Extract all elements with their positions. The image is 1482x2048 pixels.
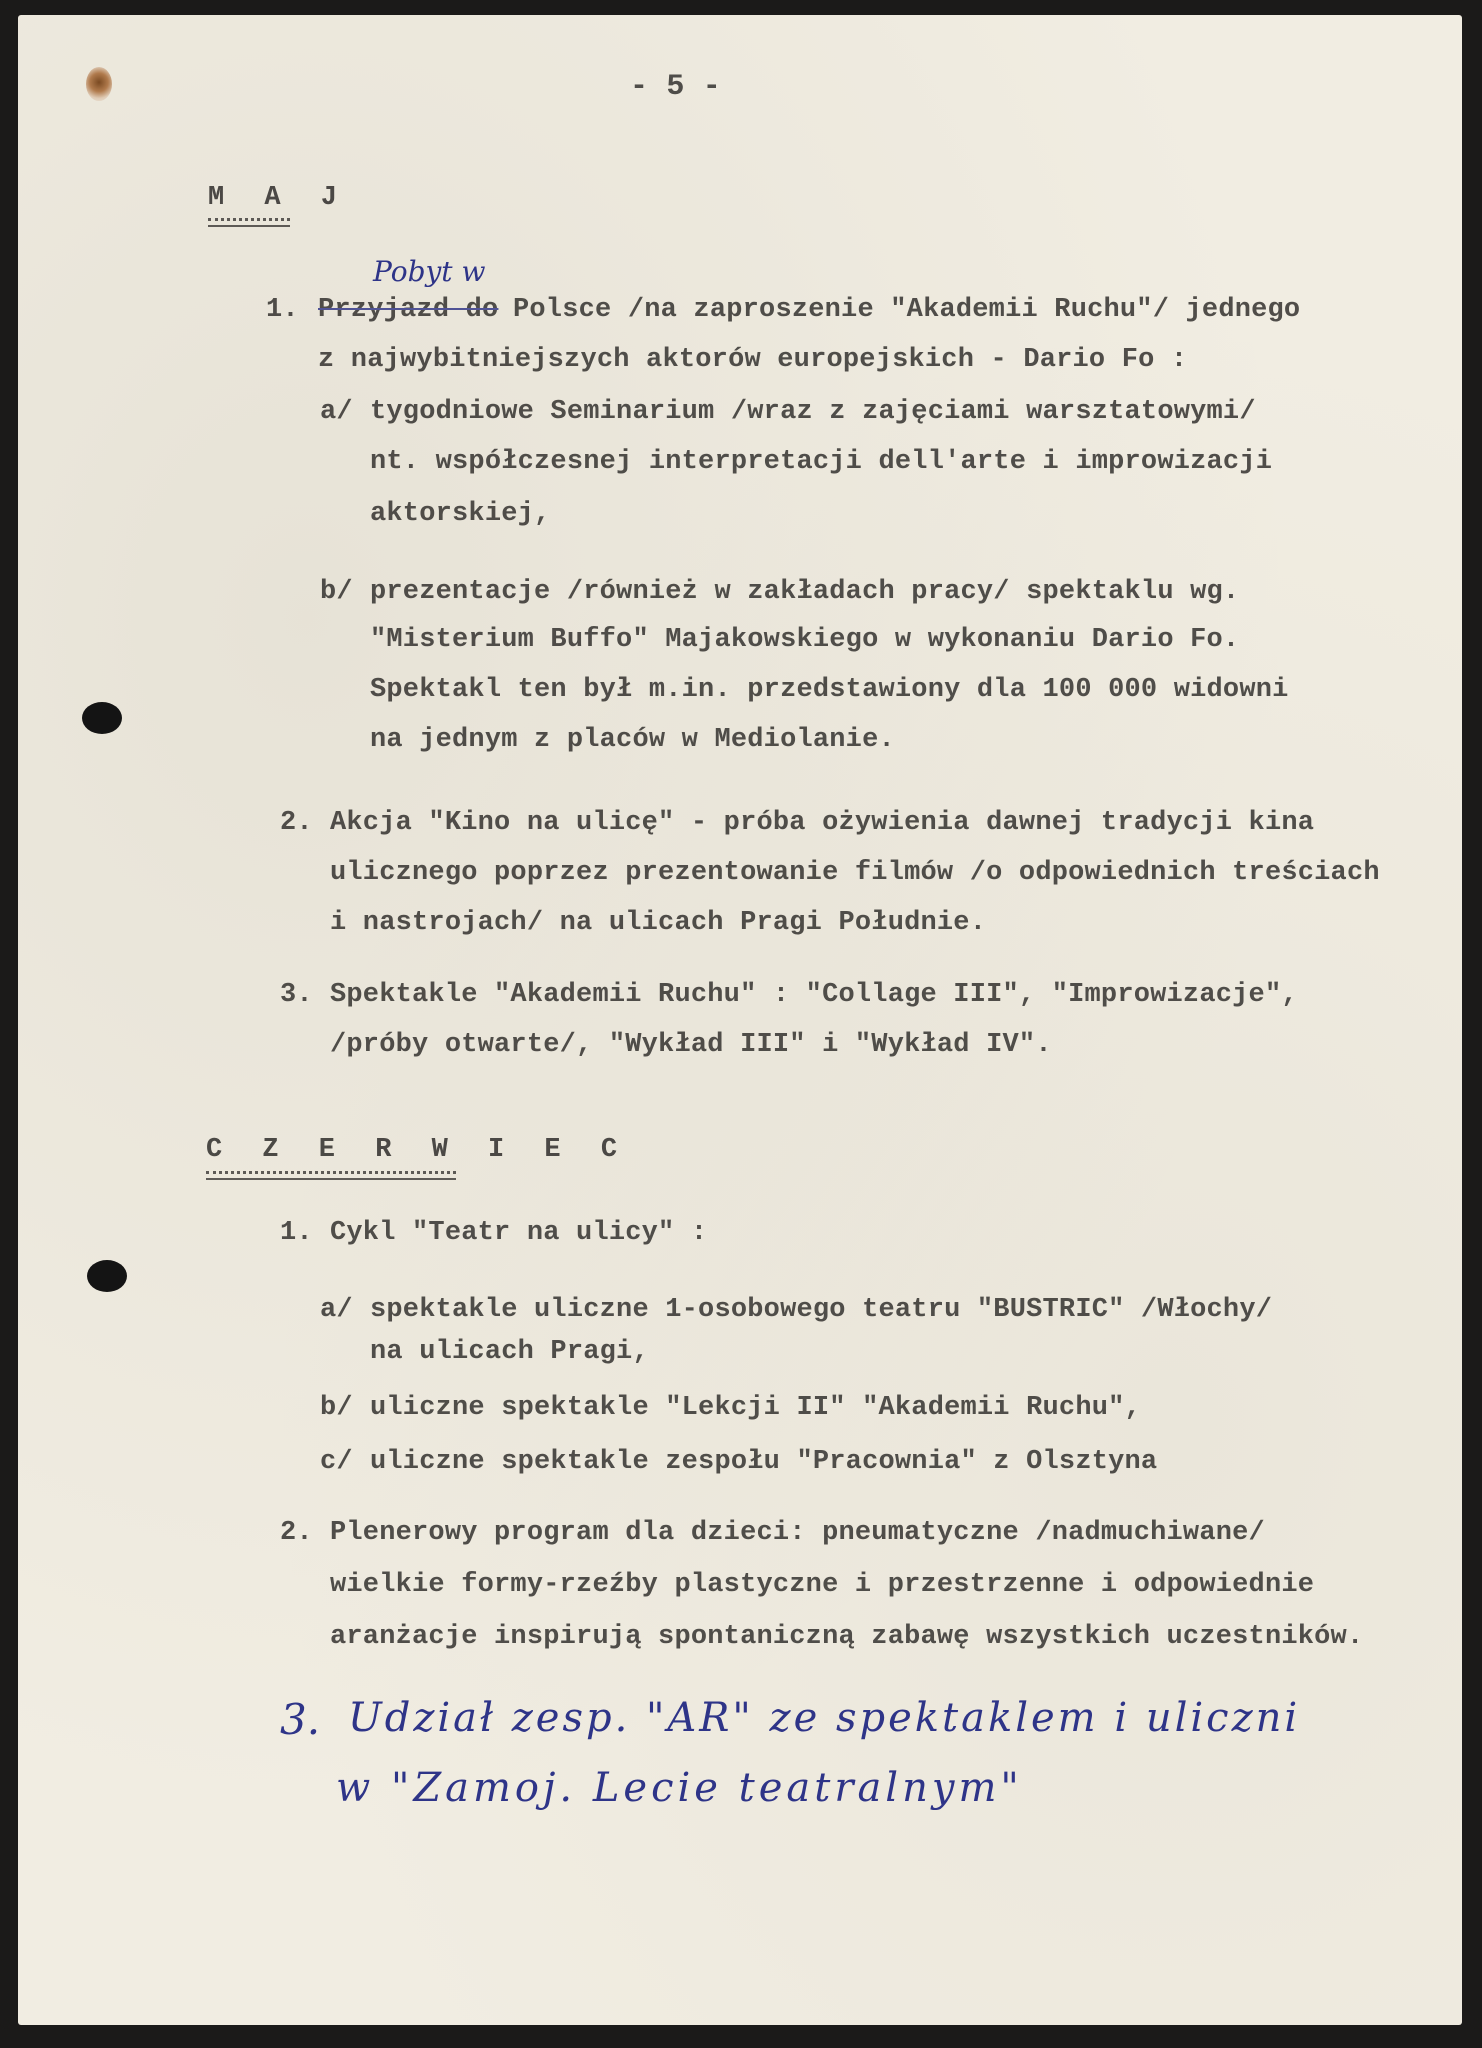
subitem-line: uliczne spektakle zespołu "Pracownia" z … [370, 1447, 1157, 1477]
item-number: 1. [266, 295, 299, 325]
subitem-label: b/ [320, 1393, 353, 1423]
subitem-line: Spektakl ten był m.in. przedstawiony dla… [370, 675, 1289, 705]
subitem-line: uliczne spektakle "Lekcji II" "Akademii … [370, 1393, 1141, 1423]
subitem-line: prezentacje /również w zakładach pracy/ … [370, 577, 1239, 607]
subitem-line: spektakle uliczne 1-osobowego teatru "BU… [370, 1295, 1272, 1325]
item-line: Spektakle "Akademii Ruchu" : "Collage II… [330, 980, 1298, 1010]
heading-underline [208, 218, 290, 227]
handwritten-insert: Pobyt w [373, 255, 485, 288]
item-number: 2. [280, 808, 313, 838]
section-heading-maj: M A J [208, 183, 349, 213]
subitem-line: aktorskiej, [370, 499, 550, 529]
item-number: 2. [280, 1518, 313, 1548]
item-line: Cykl "Teatr na ulicy" : [330, 1218, 707, 1248]
item-line: Polsce /na zaproszenie "Akademii Ruchu"/… [513, 295, 1300, 325]
item-line: i nastrojach/ na ulicach Pragi Południe. [330, 908, 986, 938]
subitem-label: a/ [320, 397, 353, 427]
section-heading-czerwiec: C Z E R W I E C [206, 1135, 629, 1165]
item-line: Akcja "Kino na ulicę" - próba ożywienia … [330, 808, 1314, 838]
item-line: /próby otwarte/, "Wykład III" i "Wykład … [330, 1030, 1052, 1060]
item-number: 1. [280, 1218, 313, 1248]
handwritten-line: Udział zesp. "AR" ze spektaklem i uliczn… [348, 1695, 1300, 1741]
subitem-line: nt. współczesnej interpretacji dell'arte… [370, 447, 1272, 477]
item-line: aranżacje inspirują spontaniczną zabawę … [330, 1622, 1363, 1652]
subitem-label: c/ [320, 1447, 353, 1477]
item-line: Plenerowy program dla dzieci: pneumatycz… [330, 1518, 1265, 1548]
punch-hole-upper [82, 702, 122, 734]
subitem-line: na jednym z placów w Mediolanie. [370, 725, 895, 755]
handwritten-line: w "Zamoj. Lecie teatralnym" [336, 1765, 1023, 1811]
handwritten-item-number: 3. [280, 1695, 320, 1744]
subitem-line: na ulicach Pragi, [370, 1337, 649, 1367]
page-number: - 5 - [630, 70, 721, 104]
subitem-line: tygodniowe Seminarium /wraz z zajęciami … [370, 397, 1256, 427]
subitem-label: a/ [320, 1295, 353, 1325]
document-page: - 5 - M A J Pobyt w 1. Przyjazd do Polsc… [18, 15, 1462, 2025]
item-line: wielkie formy-rzeźby plastyczne i przest… [330, 1570, 1314, 1600]
item-line: z najwybitniejszych aktorów europejskich… [318, 345, 1187, 375]
subitem-label: b/ [320, 577, 353, 607]
rust-stain [86, 67, 112, 101]
punch-hole-lower [87, 1260, 127, 1292]
item-number: 3. [280, 980, 313, 1010]
struck-text: Przyjazd do [318, 295, 498, 325]
subitem-line: "Misterium Buffo" Majakowskiego w wykona… [370, 625, 1239, 655]
item-line: ulicznego poprzez prezentowanie filmów /… [330, 858, 1380, 888]
heading-underline [206, 1171, 456, 1180]
